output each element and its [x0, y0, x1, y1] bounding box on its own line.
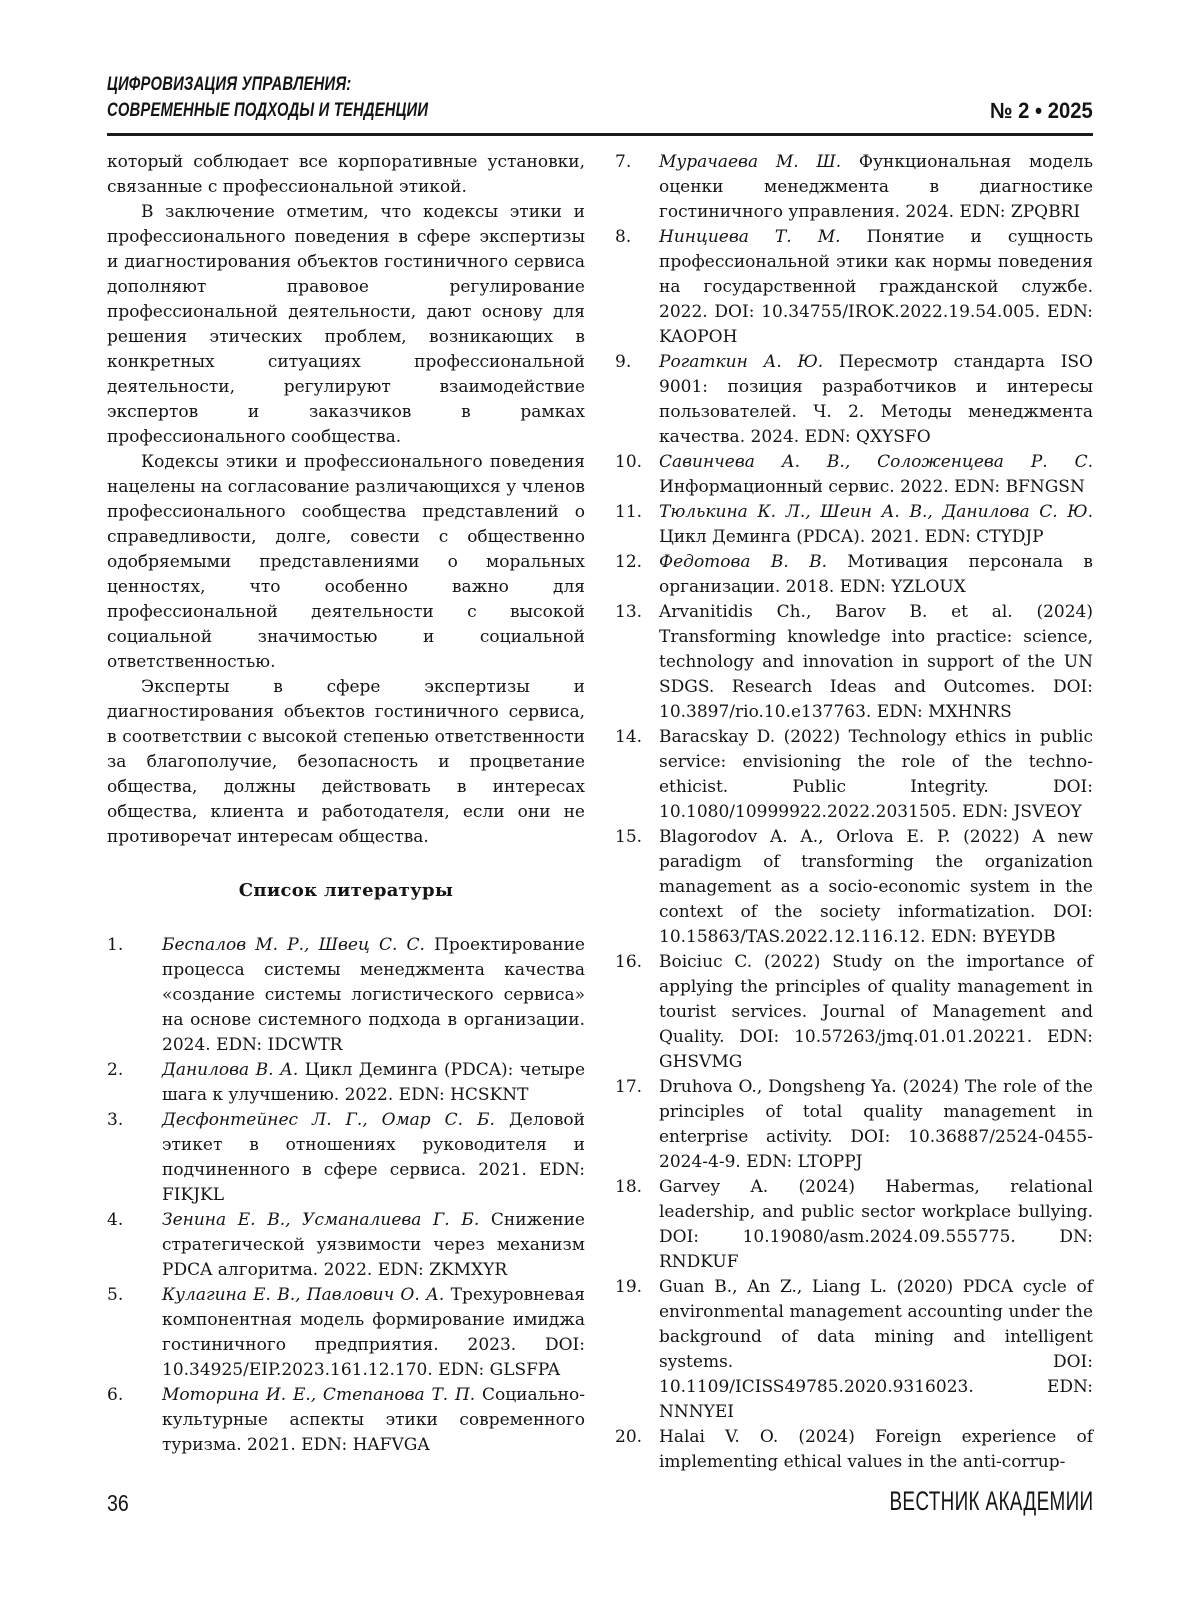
reference-authors: Рогаткин А. Ю.: [659, 352, 839, 372]
reference-item: 2.Данилова В. А. Цикл Деминга (PDCA): че…: [107, 1058, 585, 1108]
reference-number: 15.: [615, 825, 659, 950]
reference-authors: Беспалов М. Р., Швец С. С.: [162, 935, 434, 955]
reference-number: 3.: [107, 1108, 162, 1208]
reference-item: 10.Савинчева А. В., Соложенцева Р. С. Ин…: [615, 450, 1093, 500]
reference-authors: Федотова В. В.: [659, 552, 847, 572]
reference-authors: Нинциева Т. М.: [659, 227, 867, 247]
reference-text: Савинчева А. В., Соложенцева Р. С. Инфор…: [659, 450, 1093, 500]
reference-item: 13.Arvanitidis Ch., Barov B. et al. (202…: [615, 600, 1093, 725]
reference-number: 14.: [615, 725, 659, 825]
reference-text: Baracskay D. (2022) Technology ethics in…: [659, 725, 1093, 825]
reference-item: 9.Рогаткин А. Ю. Пересмотр стандарта ISO…: [615, 350, 1093, 450]
reference-number: 9.: [615, 350, 659, 450]
reference-item: 3.Десфонтейнес Л. Г., Омар С. Б. Деловой…: [107, 1108, 585, 1208]
reference-text: Garvey A. (2024) Habermas, relational le…: [659, 1175, 1093, 1275]
reference-item: 7.Мурачаева М. Ш. Функциональная модель …: [615, 150, 1093, 225]
reference-authors: Кулагина Е. В., Павлович О. А.: [162, 1285, 451, 1305]
journal-page: ЦИФРОВИЗАЦИЯ УПРАВЛЕНИЯ: СОВРЕМЕННЫЕ ПОД…: [0, 0, 1200, 1610]
reference-authors: Мурачаева М. Ш.: [659, 152, 859, 172]
reference-text: Моторина И. Е., Степанова Т. П. Социальн…: [162, 1383, 585, 1458]
page-number: 36: [107, 1490, 129, 1517]
page-footer: 36 ВЕСТНИК АКАДЕМИИ: [107, 1486, 1093, 1517]
reference-text: Мурачаева М. Ш. Функциональная модель оц…: [659, 150, 1093, 225]
issue-number: № 2 • 2025: [990, 98, 1093, 124]
reference-text: Тюлькина К. Л., Шеин А. В., Данилова С. …: [659, 500, 1093, 550]
reference-item: 17.Druhova O., Dongsheng Ya. (2024) The …: [615, 1075, 1093, 1175]
article-paragraph: В заключение отметим, что кодексы этики …: [107, 200, 585, 450]
reference-number: 12.: [615, 550, 659, 600]
references-heading: Список литературы: [107, 878, 585, 903]
reference-text: Halai V. O. (2024) Foreign experience of…: [659, 1425, 1093, 1475]
reference-item: 15.Blagorodov A. A., Orlova E. P. (2022)…: [615, 825, 1093, 950]
reference-authors: Тюлькина К. Л., Шеин А. В., Данилова С. …: [659, 502, 1093, 522]
reference-number: 10.: [615, 450, 659, 500]
running-title: ЦИФРОВИЗАЦИЯ УПРАВЛЕНИЯ: СОВРЕМЕННЫЕ ПОД…: [107, 72, 428, 124]
reference-number: 13.: [615, 600, 659, 725]
reference-number: 6.: [107, 1383, 162, 1458]
article-paragraph: Кодексы этики и профессионального поведе…: [107, 450, 585, 675]
article-text: который соблюдает все корпоративные уста…: [107, 150, 585, 850]
running-title-line2: СОВРЕМЕННЫЕ ПОДХОДЫ И ТЕНДЕНЦИИ: [107, 98, 428, 124]
reference-text: Беспалов М. Р., Швец С. С. Проектировани…: [162, 933, 585, 1058]
reference-number: 19.: [615, 1275, 659, 1425]
reference-number: 5.: [107, 1283, 162, 1383]
reference-authors: Моторина И. Е., Степанова Т. П.: [162, 1385, 482, 1405]
reference-authors: Десфонтейнес Л. Г., Омар С. Б.: [162, 1110, 509, 1130]
reference-text: Зенина Е. В., Усманалиева Г. Б. Снижение…: [162, 1208, 585, 1283]
reference-text: Guan B., An Z., Liang L. (2020) PDCA cyc…: [659, 1275, 1093, 1425]
journal-name: ВЕСТНИК АКАДЕМИИ: [889, 1486, 1093, 1517]
left-column: который соблюдает все корпоративные уста…: [107, 150, 585, 1475]
reference-text: Десфонтейнес Л. Г., Омар С. Б. Деловой э…: [162, 1108, 585, 1208]
references-list-right: 7.Мурачаева М. Ш. Функциональная модель …: [615, 150, 1093, 1475]
reference-authors: Данилова В. А.: [162, 1060, 305, 1080]
reference-number: 11.: [615, 500, 659, 550]
page-header: ЦИФРОВИЗАЦИЯ УПРАВЛЕНИЯ: СОВРЕМЕННЫЕ ПОД…: [107, 72, 1093, 124]
reference-item: 11.Тюлькина К. Л., Шеин А. В., Данилова …: [615, 500, 1093, 550]
reference-number: 4.: [107, 1208, 162, 1283]
article-paragraph: который соблюдает все корпоративные уста…: [107, 150, 585, 200]
reference-text: Нинциева Т. М. Понятие и сущность профес…: [659, 225, 1093, 350]
page-body: который соблюдает все корпоративные уста…: [107, 150, 1093, 1475]
reference-number: 2.: [107, 1058, 162, 1108]
reference-number: 1.: [107, 933, 162, 1058]
reference-item: 6.Моторина И. Е., Степанова Т. П. Социал…: [107, 1383, 585, 1458]
reference-item: 8.Нинциева Т. М. Понятие и сущность проф…: [615, 225, 1093, 350]
reference-text: Федотова В. В. Мотивация персонала в орг…: [659, 550, 1093, 600]
reference-number: 20.: [615, 1425, 659, 1475]
reference-authors: Зенина Е. В., Усманалиева Г. Б.: [162, 1210, 491, 1230]
references-list-left: 1.Беспалов М. Р., Швец С. С. Проектирова…: [107, 933, 585, 1458]
reference-text: Druhova O., Dongsheng Ya. (2024) The rol…: [659, 1075, 1093, 1175]
reference-item: 20.Halai V. O. (2024) Foreign experience…: [615, 1425, 1093, 1475]
reference-number: 18.: [615, 1175, 659, 1275]
reference-text: Boiciuc C. (2022) Study on the importanc…: [659, 950, 1093, 1075]
reference-item: 16.Boiciuc C. (2022) Study on the import…: [615, 950, 1093, 1075]
reference-text: Данилова В. А. Цикл Деминга (PDCA): четы…: [162, 1058, 585, 1108]
reference-number: 17.: [615, 1075, 659, 1175]
reference-item: 19.Guan B., An Z., Liang L. (2020) PDCA …: [615, 1275, 1093, 1425]
article-paragraph: Эксперты в сфере экспертизы и диагностир…: [107, 675, 585, 850]
reference-number: 16.: [615, 950, 659, 1075]
reference-authors: Савинчева А. В., Соложенцева Р. С.: [659, 452, 1093, 472]
header-rule: [107, 133, 1093, 136]
reference-text: Кулагина Е. В., Павлович О. А. Трехуровн…: [162, 1283, 585, 1383]
reference-item: 12.Федотова В. В. Мотивация персонала в …: [615, 550, 1093, 600]
reference-text: Рогаткин А. Ю. Пересмотр стандарта ISO 9…: [659, 350, 1093, 450]
reference-item: 1.Беспалов М. Р., Швец С. С. Проектирова…: [107, 933, 585, 1058]
reference-item: 14.Baracskay D. (2022) Technology ethics…: [615, 725, 1093, 825]
right-column: 7.Мурачаева М. Ш. Функциональная модель …: [615, 150, 1093, 1475]
reference-item: 18.Garvey A. (2024) Habermas, relational…: [615, 1175, 1093, 1275]
reference-number: 7.: [615, 150, 659, 225]
reference-text: Blagorodov A. A., Orlova E. P. (2022) A …: [659, 825, 1093, 950]
reference-text: Arvanitidis Ch., Barov B. et al. (2024) …: [659, 600, 1093, 725]
running-title-line1: ЦИФРОВИЗАЦИЯ УПРАВЛЕНИЯ:: [107, 72, 428, 98]
reference-item: 5.Кулагина Е. В., Павлович О. А. Трехуро…: [107, 1283, 585, 1383]
reference-item: 4.Зенина Е. В., Усманалиева Г. Б. Снижен…: [107, 1208, 585, 1283]
reference-number: 8.: [615, 225, 659, 350]
